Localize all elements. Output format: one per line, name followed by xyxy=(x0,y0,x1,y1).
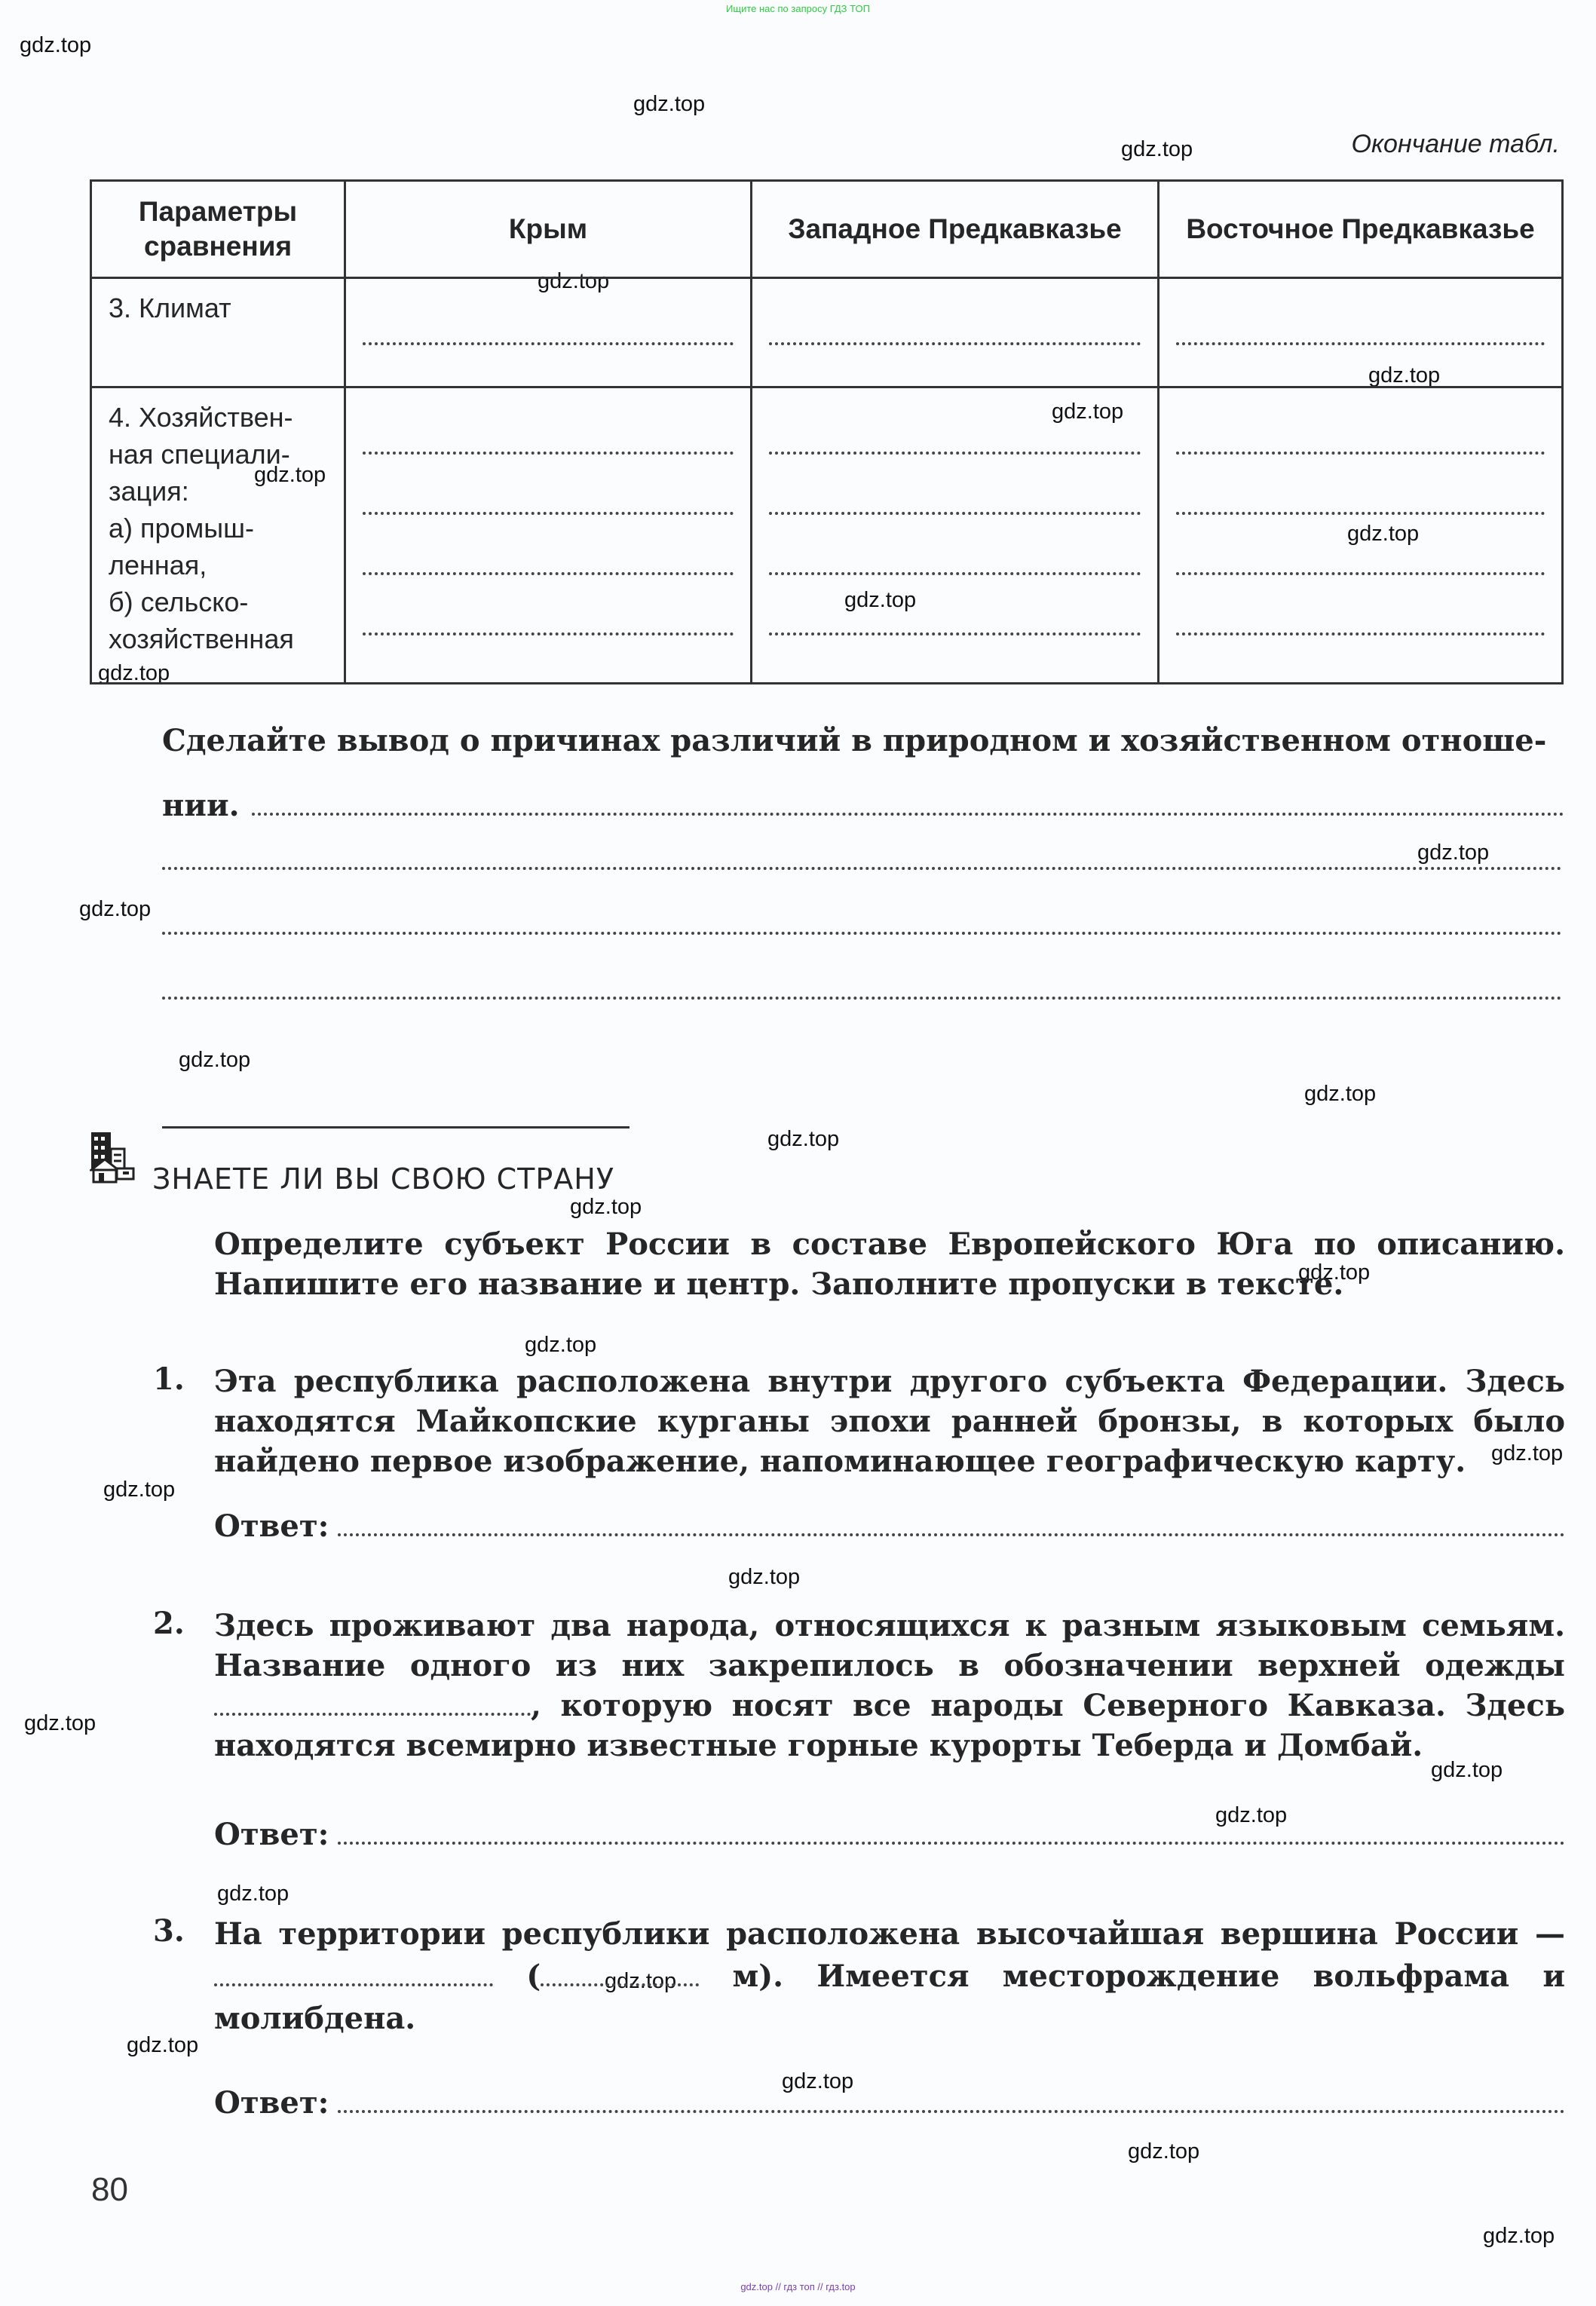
peak-height-blank[interactable] xyxy=(541,1983,699,1986)
garment-blank[interactable] xyxy=(214,1713,531,1716)
item-2-text: Здесь проживают два народа, относящихся … xyxy=(214,1606,1565,1765)
answer-input-line[interactable] xyxy=(338,1842,1565,1845)
conclusion-answer-line[interactable] xyxy=(162,867,1562,870)
item-number: 3. xyxy=(153,1913,185,1949)
page-number: 80 xyxy=(91,2171,128,2209)
param-line: а) промыш- xyxy=(109,510,333,547)
watermark: gdz.top xyxy=(24,1711,96,1736)
param-line: хозяйственная xyxy=(109,620,333,657)
watermark: gdz.top xyxy=(217,1882,289,1906)
watermark: gdz.top xyxy=(767,1127,839,1152)
answer-cell[interactable] xyxy=(1159,387,1563,684)
param-line: б) сельско- xyxy=(109,583,333,620)
watermark: gdz.top xyxy=(1128,2139,1199,2164)
item-3-text: На территории республики расположена выс… xyxy=(214,1913,1565,2040)
conclusion-answer-line[interactable] xyxy=(252,813,1564,816)
conclusion-answer-line[interactable] xyxy=(162,997,1562,1000)
watermark: gdz.top xyxy=(1483,2224,1555,2249)
header-crimea: Крым xyxy=(345,181,752,278)
answer-input-line[interactable] xyxy=(338,2110,1565,2113)
watermark: gdz.top xyxy=(127,2033,198,2058)
answer-cell[interactable] xyxy=(752,387,1159,684)
item-2-text-after: , которую носят все народы Северного Кав… xyxy=(214,1688,1565,1763)
answer-input-line[interactable] xyxy=(338,1533,1565,1536)
comparison-table: Параметры сравнения Крым Западное Предка… xyxy=(90,179,1564,684)
watermark: gdz.top xyxy=(20,33,91,58)
table-caption: Окончание табл. xyxy=(1352,130,1560,159)
watermark: gdz.top xyxy=(179,1048,250,1073)
param-line: зация: xyxy=(109,473,333,510)
watermark: gdz.top xyxy=(525,1333,596,1358)
paren-open: ( xyxy=(526,1958,541,1994)
watermark: gdz.top xyxy=(633,92,705,117)
conclusion-prompt: Сделайте вывод о причинах различий в при… xyxy=(162,709,1564,838)
item-2-text-before: Здесь проживают два народа, относящихся … xyxy=(214,1608,1565,1683)
watermark: gdz.top xyxy=(79,897,151,922)
item-3-answer: Ответ: xyxy=(214,2085,1565,2121)
section-rule xyxy=(162,1126,630,1129)
item-3-text-before: На территории республики расположена выс… xyxy=(214,1916,1565,1952)
conclusion-line1: Сделайте вывод о причинах различий в при… xyxy=(162,709,1564,773)
watermark: gdz.top xyxy=(1121,137,1193,162)
section-intro: Определите субъект России в составе Евро… xyxy=(214,1224,1565,1304)
param-climate: 3. Климат xyxy=(91,278,345,387)
table-row: 4. Хозяйствен- ная специали- зация: а) п… xyxy=(91,387,1563,684)
answer-cell[interactable] xyxy=(752,278,1159,387)
conclusion-answer-line[interactable] xyxy=(162,932,1562,935)
header-eastern-ciscaucasia: Восточное Предкавказье xyxy=(1159,181,1563,278)
answer-label: Ответ: xyxy=(214,2085,329,2121)
watermark: gdz.top xyxy=(1304,1082,1376,1107)
item-number: 2. xyxy=(153,1606,185,1641)
item-number: 1. xyxy=(153,1361,185,1397)
peak-name-blank[interactable] xyxy=(214,1983,493,1986)
watermark: gdz.top xyxy=(1417,841,1489,865)
buildings-icon xyxy=(90,1131,136,1184)
item-3-text-unit: м). Имеется месторождение вольфрама и мо… xyxy=(214,1958,1565,2036)
conclusion-line2: нии. xyxy=(162,773,240,838)
conclusion-line2-wrap: нии. xyxy=(162,773,1564,838)
header-western-ciscaucasia: Западное Предкавказье xyxy=(752,181,1159,278)
watermark: gdz.top xyxy=(728,1565,800,1590)
param-economic-specialization: 4. Хозяйствен- ная специали- зация: а) п… xyxy=(91,387,345,684)
table-header-row: Параметры сравнения Крым Западное Предка… xyxy=(91,181,1563,278)
top-banner: Ищите нас по запросу ГДЗ ТОП xyxy=(0,3,1596,14)
param-line: ная специали- xyxy=(109,436,333,473)
header-parameters: Параметры сравнения xyxy=(91,181,345,278)
bottom-banner: gdz.top // гдз топ // гдз.top xyxy=(0,2281,1596,2292)
item-1-answer: Ответ: xyxy=(214,1508,1565,1544)
answer-label: Ответ: xyxy=(214,1817,329,1852)
param-line: 4. Хозяйствен- xyxy=(109,399,333,436)
item-2-answer: Ответ: xyxy=(214,1817,1565,1852)
watermark: gdz.top xyxy=(570,1195,642,1220)
answer-cell[interactable] xyxy=(1159,278,1563,387)
answer-cell[interactable] xyxy=(345,278,752,387)
watermark: gdz.top xyxy=(103,1478,175,1502)
table-row: 3. Климат xyxy=(91,278,1563,387)
answer-label: Ответ: xyxy=(214,1508,329,1544)
section-title: ЗНАЕТЕ ЛИ ВЫ СВОЮ СТРАНУ xyxy=(152,1162,614,1196)
answer-cell[interactable] xyxy=(345,387,752,684)
param-line: ленная, xyxy=(109,547,333,583)
item-1-text: Эта республика расположена внутри другог… xyxy=(214,1361,1565,1481)
